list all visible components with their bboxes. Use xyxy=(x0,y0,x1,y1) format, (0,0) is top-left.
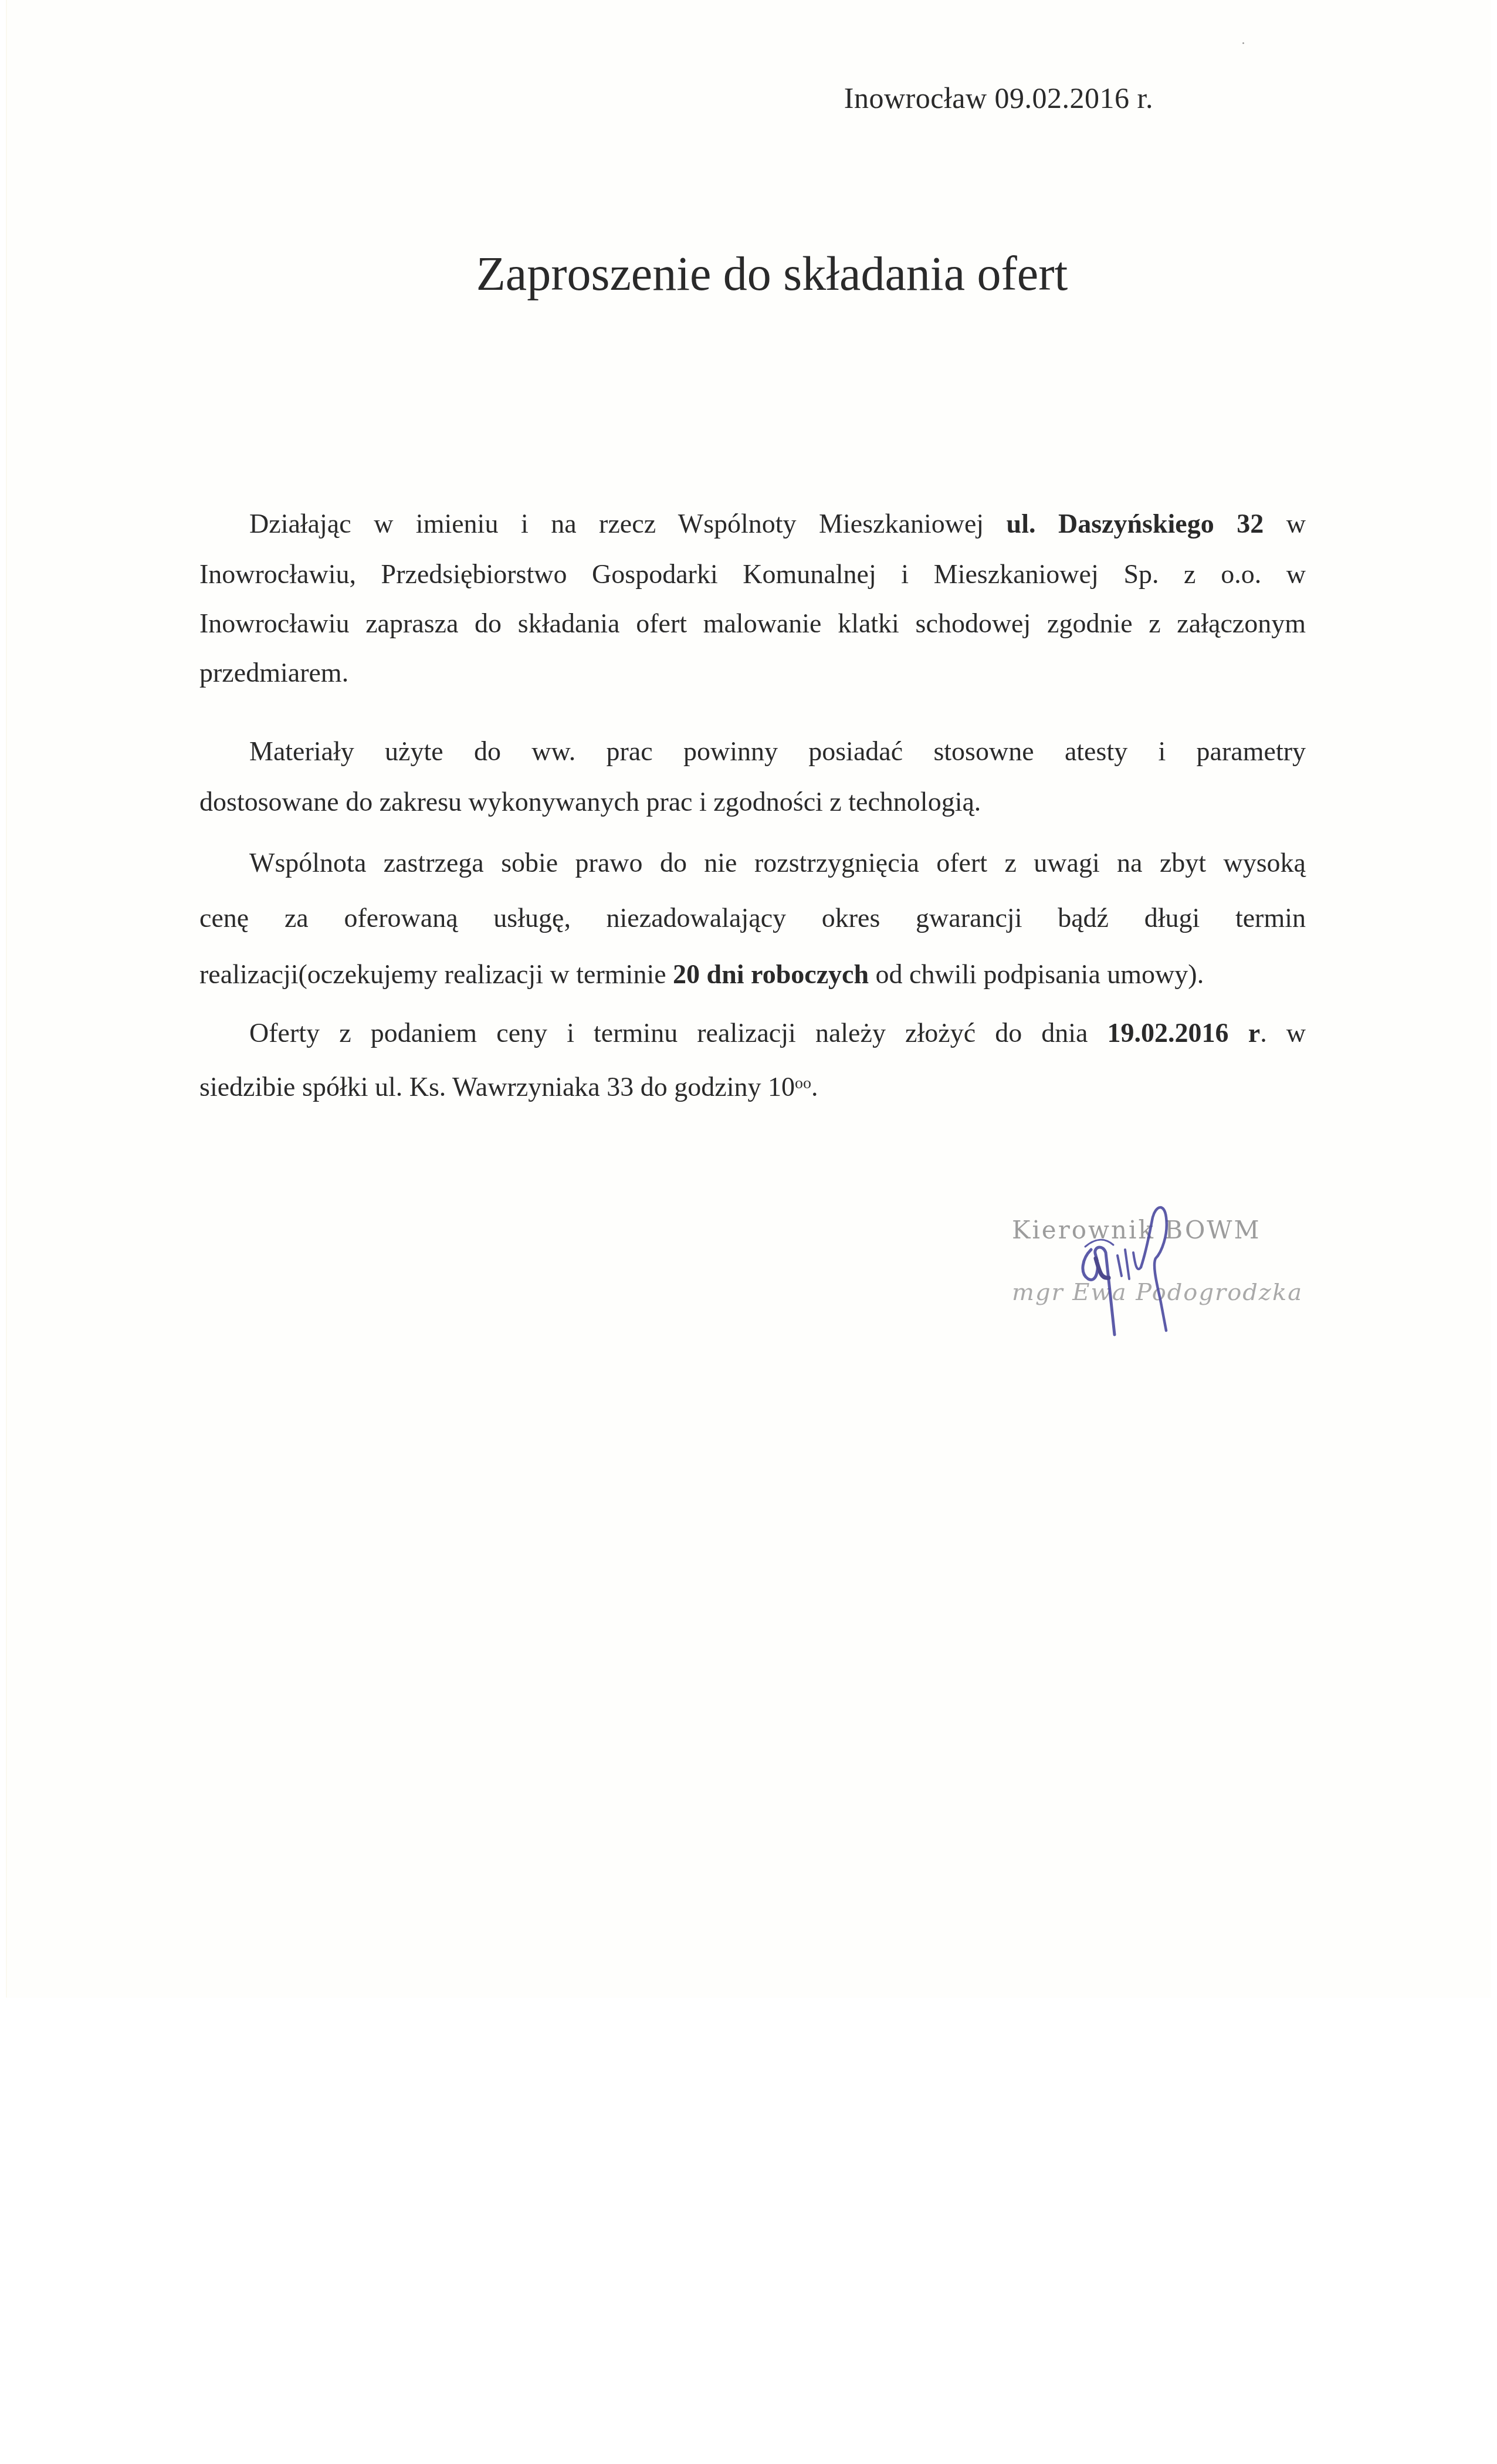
time-superscript: oo xyxy=(795,1074,811,1092)
address-bold: ul. Daszyńskiego 32 xyxy=(1007,509,1264,539)
handwritten-signature-icon xyxy=(1068,1191,1197,1343)
paragraph-line: Wspólnota zastrzega sobie prawo do nie r… xyxy=(249,849,1306,876)
signature-stamp: Kierownik BOWM mgr Ewa Podogrodzka xyxy=(1009,1191,1314,1343)
paragraph-line: przedmiarem. xyxy=(199,659,1306,686)
text-span: siedzibie spółki ul. Ks. Wawrzyniaka 33 … xyxy=(199,1072,795,1102)
paragraph-line: realizacji(oczekujemy realizacji w termi… xyxy=(199,961,1306,988)
paragraph-line: dostosowane do zakresu wykonywanych prac… xyxy=(199,788,1306,815)
paragraph-line: siedzibie spółki ul. Ks. Wawrzyniaka 33 … xyxy=(199,1074,1306,1101)
text-span: realizacji(oczekujemy realizacji w termi… xyxy=(199,959,673,989)
text-span: w xyxy=(1264,509,1306,539)
due-date-bold: 19.02.2016 r xyxy=(1107,1018,1261,1048)
paragraph-line: Działając w imieniu i na rzecz Wspólnoty… xyxy=(249,510,1306,537)
deadline-bold: 20 dni roboczych xyxy=(673,959,869,989)
text-span: . xyxy=(811,1072,818,1102)
text-span: od chwili podpisania umowy). xyxy=(869,959,1204,989)
text-span: Działając w imieniu i na rzecz Wspólnoty… xyxy=(249,509,1007,539)
paragraph-line: Inowrocławiu zaprasza do składania ofert… xyxy=(199,610,1306,637)
paragraph-line: Oferty z podaniem ceny i terminu realiza… xyxy=(249,1020,1306,1047)
paragraph-line: Inowrocławiu, Przedsiębiorstwo Gospodark… xyxy=(199,561,1306,588)
text-span: . w xyxy=(1260,1018,1306,1048)
paragraph-line: Materiały użyte do ww. prac powinny posi… xyxy=(249,738,1306,765)
document-title: Zaproszenie do składania ofert xyxy=(0,246,1497,302)
place-date: Inowrocław 09.02.2016 r. xyxy=(821,81,1153,115)
text-span: Oferty z podaniem ceny i terminu realiza… xyxy=(249,1018,1107,1048)
paragraph-line: cenę za oferowaną usługę, niezadowalając… xyxy=(199,905,1306,932)
scan-speck xyxy=(1242,42,1244,44)
